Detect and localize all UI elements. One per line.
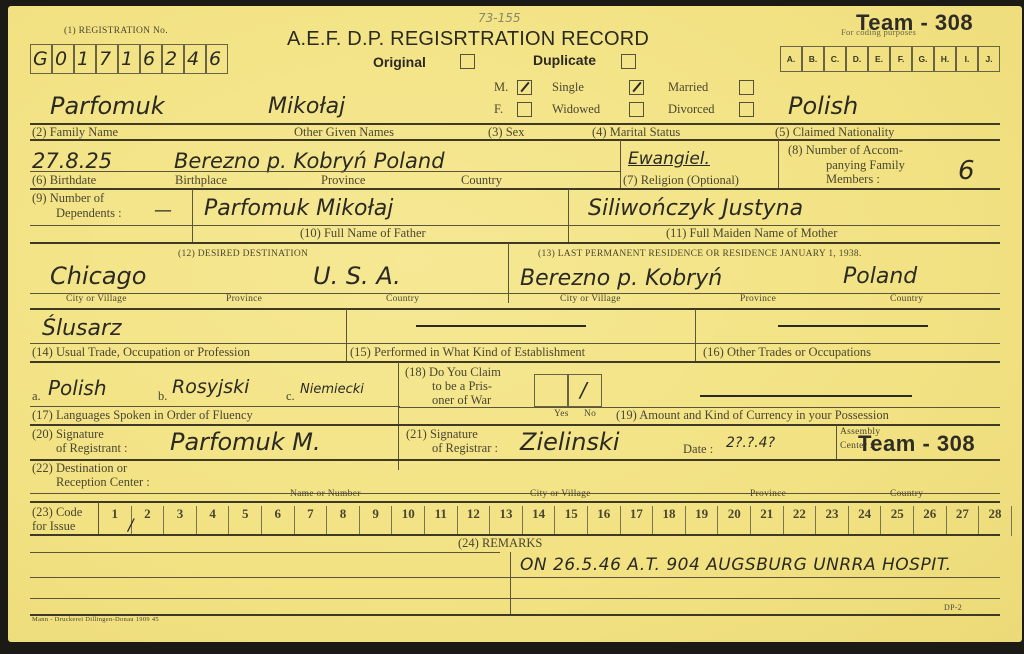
coding-box: C. <box>824 46 846 72</box>
code-cell: 15 <box>555 506 588 536</box>
divider <box>30 424 1000 426</box>
divider <box>836 425 837 459</box>
res-city-label: City or Village <box>560 295 621 305</box>
remarks-label: (24) REMARKS <box>458 537 542 550</box>
divider <box>30 577 1000 578</box>
reception-label-1: (22) Destination or <box>32 462 127 475</box>
document-title: A.E.F. D.P. REGISRTRATION RECORD <box>287 28 649 51</box>
birthplace-value: Berezno p. Kobryń Poland <box>174 151 445 172</box>
desired-destination-label: (12) DESIRED DESTINATION <box>178 250 308 260</box>
registration-card: (1) REGISTRATION No. G 0 1 7 1 6 2 4 6 7… <box>8 6 1022 642</box>
code-cell: 9 <box>360 506 393 536</box>
divider <box>192 189 193 243</box>
reg-digit: 6 <box>206 44 228 74</box>
code-city-label: City or Village <box>530 490 591 500</box>
destination-country-value: U. S. A. <box>313 264 401 288</box>
trade-label: (14) Usual Trade, Occupation or Professi… <box>32 346 250 359</box>
divorced-checkbox[interactable] <box>739 102 754 117</box>
code-cell: 8 <box>327 506 360 536</box>
divider <box>30 501 1000 503</box>
birthdate-value: 27.8.25 <box>32 151 112 172</box>
country-label: Country <box>461 174 502 187</box>
pow-label-1: (18) Do You Claim <box>405 366 501 379</box>
code-cell: 20 <box>718 506 751 536</box>
coding-box: B. <box>802 46 824 72</box>
coding-box: I. <box>956 46 978 72</box>
family-name-label: (2) Family Name <box>32 126 118 139</box>
date-value: 2?.?.4? <box>726 436 775 450</box>
dependents-label-2: Dependents : <box>56 207 122 220</box>
divider <box>508 243 509 303</box>
divider <box>346 309 347 361</box>
code-cell: 25 <box>881 506 914 536</box>
last-residence-label: (13) LAST PERMANENT RESIDENCE OR RESIDEN… <box>538 250 862 260</box>
reg-digit: 4 <box>184 44 206 74</box>
duplicate-checkbox[interactable] <box>621 54 636 69</box>
code-cell: 27 <box>947 506 980 536</box>
form-id: DP-2 <box>944 604 962 612</box>
dependents-value: — <box>154 202 172 220</box>
establishment-label: (15) Performed in What Kind of Establish… <box>350 346 585 359</box>
code-cell: 2 <box>132 506 165 536</box>
code-cell: 16 <box>588 506 621 536</box>
code-label-1: (23) Code <box>32 506 82 519</box>
family-members-label-1: (8) Number of Accom- <box>788 144 903 157</box>
sex-label: (3) Sex <box>488 126 524 139</box>
family-members-label-2: panying Family <box>826 159 905 172</box>
registrar-signature: Zielinski <box>520 430 620 454</box>
sex-f-label: F. <box>494 103 503 116</box>
reg-digit: 1 <box>118 44 140 74</box>
registration-label: (1) REGISTRATION No. <box>64 27 168 37</box>
pow-yes-label: Yes <box>554 410 569 420</box>
code-cell: 26 <box>914 506 947 536</box>
reg-digit: 2 <box>162 44 184 74</box>
pencil-note: 73-155 <box>478 12 521 24</box>
divider <box>778 140 779 188</box>
remarks-text: ON 26.5.46 A.T. 904 AUGSBURG UNRRA HOSPI… <box>520 557 952 574</box>
given-names-label: Other Given Names <box>294 126 394 139</box>
registrar-signature-label-2: of Registrar : <box>432 442 498 455</box>
divider <box>30 171 620 172</box>
code-cell: 21 <box>751 506 784 536</box>
given-names-value: Mikołaj <box>268 96 345 118</box>
province-label: Province <box>321 174 365 187</box>
mother-name-label: (11) Full Maiden Name of Mother <box>666 227 837 240</box>
divider <box>695 309 696 361</box>
languages-label: (17) Languages Spoken in Order of Fluenc… <box>32 409 253 422</box>
widowed-label: Widowed <box>552 103 600 116</box>
coding-box: G. <box>912 46 934 72</box>
lang-b-prefix: b. <box>158 390 167 403</box>
family-members-label-3: Members : <box>826 173 880 186</box>
divider <box>30 293 1000 294</box>
divorced-label: Divorced <box>668 103 715 116</box>
married-checkbox[interactable] <box>739 80 754 95</box>
religion-label: (7) Religion (Optional) <box>623 174 739 187</box>
original-label: Original <box>373 54 426 70</box>
coding-box: A. <box>780 46 802 72</box>
lang-b-value: Rosyjski <box>172 378 249 397</box>
dest-city-label: City or Village <box>66 295 127 305</box>
registrar-signature-label-1: (21) Signature <box>406 428 478 441</box>
religion-value: Ewangiel. <box>628 151 710 168</box>
code-cell: 28 <box>979 506 1012 536</box>
reg-digit: 0 <box>52 44 74 74</box>
registrant-signature-label-1: (20) Signature <box>32 428 104 441</box>
single-checkbox[interactable] <box>629 80 644 95</box>
divider <box>568 189 569 243</box>
lang-a-prefix: a. <box>32 390 41 403</box>
birthplace-label: Birthplace <box>175 174 227 187</box>
reg-digit: 1 <box>74 44 96 74</box>
divider <box>30 552 500 553</box>
coding-box: H. <box>934 46 956 72</box>
code-cell: 17 <box>621 506 654 536</box>
code-cell: 23 <box>816 506 849 536</box>
printer-credit: Mann - Druckerei Dillingen-Donau 1909 45 <box>32 617 159 624</box>
divider <box>30 242 1000 244</box>
divider <box>30 614 1000 616</box>
mother-name-value: Siliwończyk Justyna <box>588 198 803 220</box>
date-label: Date : <box>683 443 713 456</box>
lang-c-value: Niemiecki <box>300 383 364 396</box>
widowed-checkbox[interactable] <box>629 102 644 117</box>
code-name-label: Name or Number <box>290 490 361 500</box>
code-label-2: for Issue <box>32 520 75 533</box>
reg-digit: G <box>30 44 52 74</box>
coding-box: D. <box>846 46 868 72</box>
residence-country-value: Poland <box>843 266 917 288</box>
res-province-label: Province <box>740 295 776 305</box>
residence-value: Berezno p. Kobryń <box>520 268 722 290</box>
code-province-label: Province <box>750 490 786 500</box>
code-cell: 11 <box>425 506 458 536</box>
nationality-value: Polish <box>788 94 858 118</box>
divider <box>30 225 1000 226</box>
father-name-label: (10) Full Name of Father <box>300 227 426 240</box>
coding-box: F. <box>890 46 912 72</box>
coding-label: For coding purposes <box>841 28 916 37</box>
code-cell: 12 <box>458 506 491 536</box>
code-cell: 5 <box>229 506 262 536</box>
res-country-label: Country <box>890 295 923 305</box>
original-checkbox[interactable] <box>460 54 475 69</box>
pow-label-3: oner of War <box>432 394 491 407</box>
other-trades-value-dash <box>778 325 928 327</box>
code-cell: 18 <box>653 506 686 536</box>
family-name-value: Parfomuk <box>50 94 165 118</box>
birthdate-label: (6) Birthdate <box>32 174 96 187</box>
lang-a-value: Polish <box>48 378 107 398</box>
currency-value-dash <box>700 395 912 397</box>
divider <box>30 308 1000 310</box>
reg-digit: 6 <box>140 44 162 74</box>
divider <box>30 459 1000 461</box>
code-cell: 14 <box>523 506 556 536</box>
code-cell: 4 <box>197 506 230 536</box>
dest-province-label: Province <box>226 295 262 305</box>
nationality-label: (5) Claimed Nationality <box>775 126 894 139</box>
other-trades-label: (16) Other Trades or Occupations <box>703 346 871 359</box>
pow-yes-box[interactable] <box>534 374 568 407</box>
code-mark: / <box>128 517 133 533</box>
code-cell: 13 <box>490 506 523 536</box>
reception-label-2: Reception Center : <box>56 476 150 489</box>
dependents-label-1: (9) Number of <box>32 192 104 205</box>
divider <box>30 598 1000 599</box>
divider <box>30 406 400 407</box>
currency-label: (19) Amount and Kind of Currency in your… <box>616 409 889 422</box>
sex-m-checkbox[interactable] <box>517 80 532 95</box>
lang-c-prefix: c. <box>286 390 295 403</box>
trade-value: Ślusarz <box>42 318 122 340</box>
code-cell: 19 <box>686 506 719 536</box>
divider <box>30 188 1000 190</box>
coding-box: J. <box>978 46 1000 72</box>
code-country-label: Country <box>890 490 923 500</box>
father-name-value: Parfomuk Mikołaj <box>204 198 393 220</box>
code-cell: 24 <box>849 506 882 536</box>
destination-city-value: Chicago <box>50 264 146 288</box>
pow-no-box[interactable]: / <box>568 374 602 407</box>
divider <box>510 552 511 614</box>
sex-m-label: M. <box>494 81 508 94</box>
reg-digit: 7 <box>96 44 118 74</box>
divider <box>620 140 621 188</box>
assembly-center-stamp: Team - 308 <box>858 431 975 457</box>
sex-f-checkbox[interactable] <box>517 102 532 117</box>
pow-label-2: to be a Pris- <box>432 380 492 393</box>
code-cell: 22 <box>784 506 817 536</box>
divider <box>30 343 1000 344</box>
pow-no-label: No <box>584 410 596 420</box>
divider <box>30 361 1000 363</box>
divider <box>30 493 1000 494</box>
registrant-signature-label-2: of Registrant : <box>56 442 128 455</box>
code-cell: 10 <box>392 506 425 536</box>
code-cell: 6 <box>262 506 295 536</box>
divider <box>30 139 1000 141</box>
duplicate-label: Duplicate <box>533 52 596 68</box>
single-label: Single <box>552 81 584 94</box>
code-cell: 1 <box>99 506 132 536</box>
married-label: Married <box>668 81 708 94</box>
family-members-value: 6 <box>958 158 975 184</box>
coding-box: E. <box>868 46 890 72</box>
marital-status-label: (4) Marital Status <box>592 126 680 139</box>
registrant-signature: Parfomuk M. <box>170 430 321 454</box>
code-cell: 7 <box>295 506 328 536</box>
dest-country-label: Country <box>386 295 419 305</box>
code-cell: 3 <box>164 506 197 536</box>
establishment-value-dash <box>416 325 586 327</box>
divider <box>398 362 399 470</box>
